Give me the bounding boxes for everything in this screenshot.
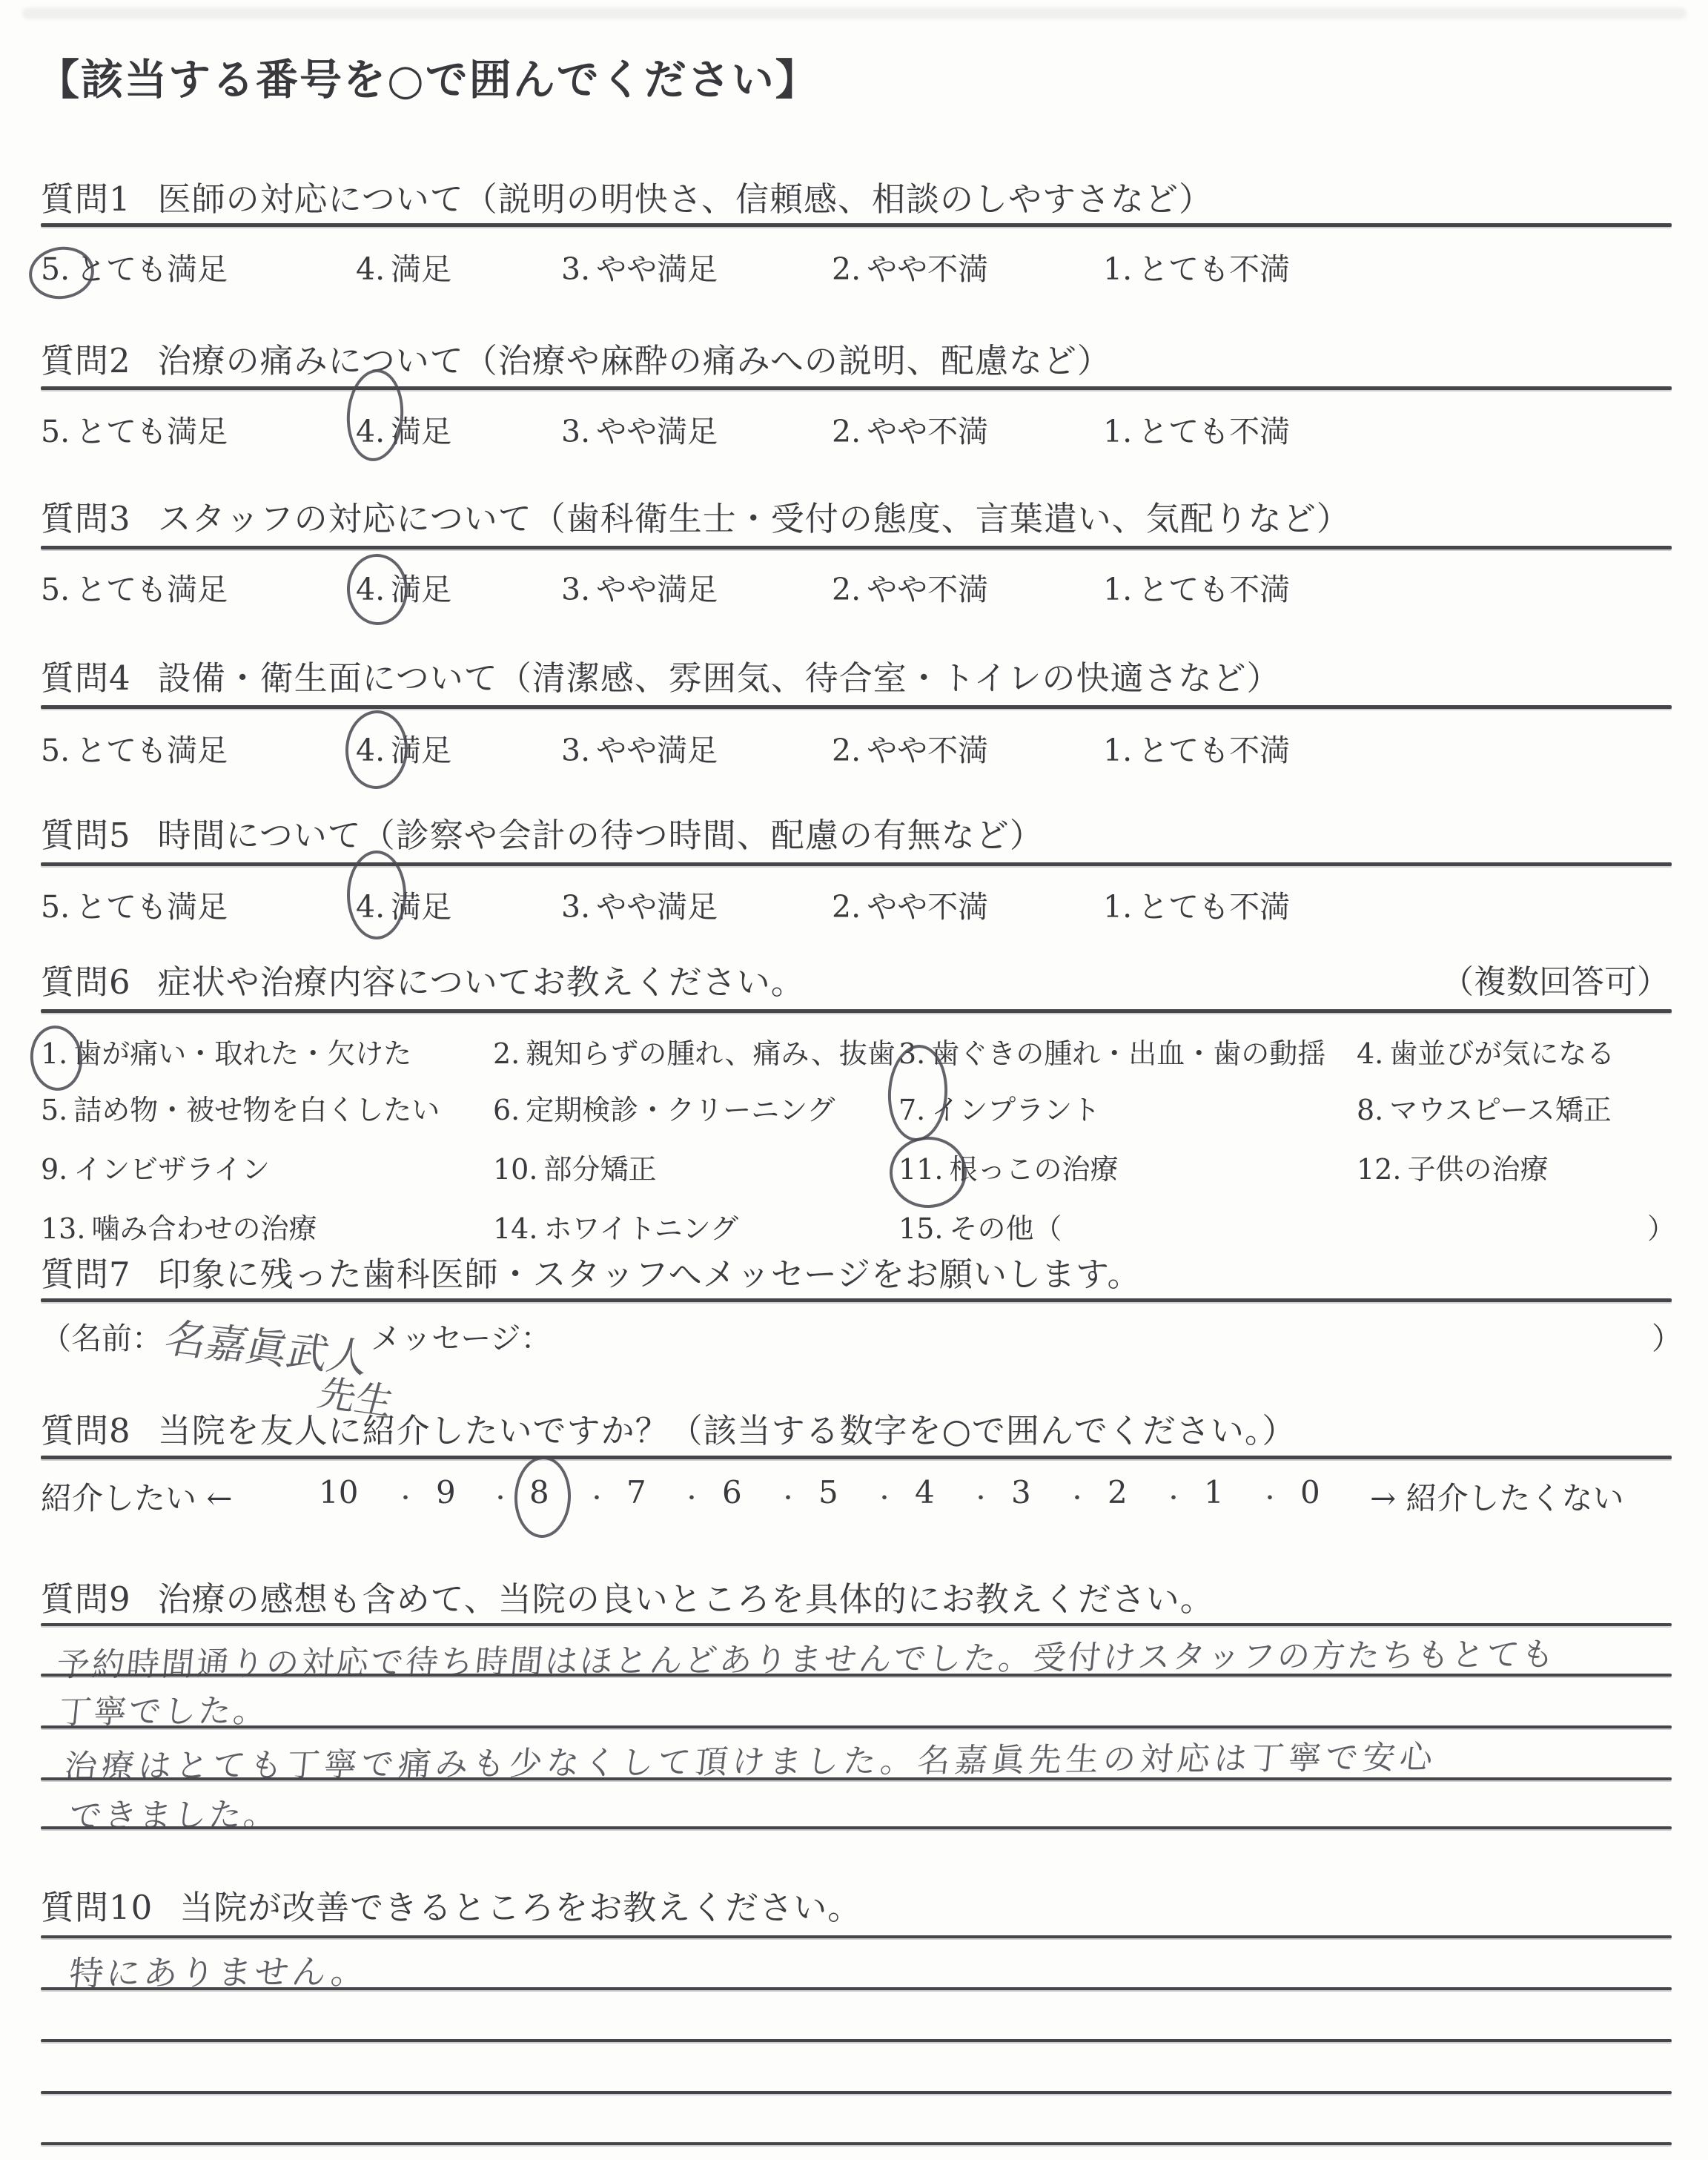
q5-option-5-number: 5.: [41, 889, 70, 925]
q4-option-1: 1.とても不満: [1103, 726, 1290, 770]
q6-item-4-number: 4.: [1357, 1037, 1383, 1070]
handdrawn-selection-circle: [347, 851, 406, 939]
q6-item-8: 8.マウスピース矯正: [1357, 1087, 1612, 1128]
question-8-topic: 当院を友人に紹介したいですか？（該当する数字を○で囲んでください。）: [158, 1411, 1297, 1450]
q3-option-2-label: やや不満: [867, 572, 988, 607]
q6-item-1: 1.歯が痛い・取れた・欠けた: [41, 1031, 411, 1071]
q2-option-5: 5.とても満足: [41, 407, 228, 451]
q4-option-2: 2.やや不満: [832, 726, 988, 770]
q5-option-1-number: 1.: [1103, 889, 1132, 925]
question-7-label: 質問7: [41, 1255, 131, 1294]
q1-option-3-number: 3.: [561, 251, 590, 287]
question-3-header: 質問3スタッフの対応について（歯科衛生士・受付の態度、言葉遣い、気配りなど）: [41, 492, 1351, 540]
q6-item-13-number: 13.: [41, 1212, 85, 1245]
q8-scale-5: 5: [818, 1474, 838, 1510]
q2-option-3-label: やや満足: [596, 414, 718, 449]
q6-item-1-label: 歯が痛い・取れた・欠けた: [73, 1037, 411, 1070]
q4-option-3-number: 3.: [561, 733, 590, 768]
question-6-note: （複数回答可）: [1441, 955, 1669, 1003]
q4-option-4-number: 4.: [356, 733, 385, 768]
q1-option-2-number: 2.: [832, 251, 861, 287]
question-4-header: 質問4設備・衛生面について（清潔感、雰囲気、待合室・トイレの快適さなど）: [41, 651, 1281, 699]
question-5-label: 質問5: [41, 816, 131, 855]
q5-option-4: 4.満足: [356, 882, 451, 926]
q6-item-15-number: 15.: [898, 1212, 943, 1245]
q2-option-3: 3.やや満足: [561, 407, 718, 451]
q6-item-13: 13.噛み合わせの治療: [41, 1206, 317, 1246]
q3-option-4: 4.満足: [356, 565, 451, 609]
q6-item-14-number: 14.: [493, 1212, 537, 1245]
q2-option-1-label: とても不満: [1138, 414, 1290, 449]
divider-rule: [41, 546, 1672, 549]
q2-option-2: 2.やや不満: [832, 407, 988, 451]
question-5-header: 質問5時間について（診察や会計の待つ時間、配慮の有無など）: [41, 808, 1044, 856]
q6-item-12: 12.子供の治療: [1357, 1146, 1548, 1187]
question-10-label: 質問10: [41, 1888, 153, 1927]
q9-handwritten-line-3: 治療はとても丁寧で痛みも少なくして頂けました。名嘉眞先生の対応は丁寧で安心: [65, 1735, 1437, 1783]
answer-line-rule: [41, 1777, 1672, 1780]
question-1-topic: 医師の対応について（説明の明快さ、信頼感、相談のしやすさなど）: [158, 179, 1213, 219]
q4-option-5-label: とても満足: [76, 733, 228, 768]
q6-item-6-number: 6.: [493, 1094, 520, 1126]
q4-option-3-label: やや満足: [596, 733, 718, 768]
q7-message-label: メッセージ：: [371, 1314, 552, 1358]
answer-line-rule: [41, 1987, 1672, 1990]
q3-option-2-number: 2.: [832, 572, 861, 607]
q6-item-7-label: インプラント: [931, 1094, 1100, 1126]
question-10-header: 質問10当院が改善できるところをお教えください。: [41, 1880, 861, 1929]
answer-line-rule: [41, 1725, 1672, 1728]
q8-scale-3: 3: [1011, 1474, 1031, 1510]
q5-option-2: 2.やや不満: [832, 882, 988, 926]
divider-rule: [41, 705, 1672, 709]
q6-item-1-number: 1.: [41, 1037, 67, 1070]
q8-dot: ・: [586, 1480, 608, 1513]
q6-item-14: 14.ホワイトニング: [493, 1206, 738, 1246]
q3-option-5-number: 5.: [41, 572, 70, 607]
q3-option-5-label: とても満足: [76, 572, 228, 607]
q3-option-2: 2.やや不満: [832, 565, 988, 609]
q8-scale-7: 7: [626, 1474, 646, 1510]
q6-item-4: 4.歯並びが気になる: [1357, 1031, 1615, 1071]
q5-option-3: 3.やや満足: [561, 882, 718, 926]
q6-item-2-label: 親知らずの腫れ、痛み、抜歯: [526, 1037, 896, 1070]
q1-option-5-number: 5.: [41, 251, 70, 287]
q7-name-prefix: （名前：: [41, 1314, 162, 1358]
q1-option-3-label: やや満足: [596, 251, 718, 287]
q6-item-3-label: 歯ぐきの腫れ・出血・歯の動揺: [931, 1037, 1325, 1070]
q8-dot: ・: [970, 1480, 992, 1513]
q1-option-1: 1.とても不満: [1103, 245, 1290, 288]
question-9-header: 質問9治療の感想も含めて、当院の良いところを具体的にお教えください。: [41, 1572, 1214, 1620]
q8-scale-1: 1: [1204, 1474, 1224, 1510]
q1-option-1-label: とても不満: [1138, 251, 1290, 287]
q5-option-5-label: とても満足: [76, 889, 228, 925]
q8-scale-8: 8: [529, 1474, 555, 1510]
scanned-survey-page: 【該当する番号を○で囲んでください】 質問1医師の対応について（説明の明快さ、信…: [0, 0, 1708, 2160]
q6-item-11-number: 11.: [898, 1153, 943, 1186]
q6-item-6: 6.定期検診・クリーニング: [493, 1087, 835, 1128]
answer-line-rule: [41, 2039, 1672, 2042]
q3-option-4-number: 4.: [356, 572, 385, 607]
answer-line-rule: [41, 1674, 1672, 1677]
q4-option-5: 5.とても満足: [41, 726, 228, 770]
q6-item-10-label: 部分矯正: [543, 1153, 656, 1186]
q5-option-2-label: やや不満: [867, 889, 988, 925]
question-6-topic: 症状や治療内容についてお教えください。: [158, 962, 805, 1002]
divider-rule: [41, 386, 1672, 390]
q8-dot: ・: [1162, 1480, 1185, 1513]
q8-dot: ・: [1066, 1480, 1088, 1513]
question-7-header: 質問7印象に残った歯科医師・スタッフへメッセージをお願いします。: [41, 1247, 1141, 1295]
q1-option-2: 2.やや不満: [832, 245, 988, 288]
q6-item-5-label: 詰め物・被せ物を白くしたい: [73, 1094, 440, 1126]
q8-scale-6: 6: [722, 1474, 742, 1510]
question-2-label: 質問2: [41, 341, 131, 380]
divider-rule: [41, 1456, 1672, 1459]
q2-option-5-number: 5.: [41, 414, 70, 449]
q6-item-9-label: インビザライン: [73, 1153, 270, 1186]
q6-item-10-number: 10.: [493, 1153, 537, 1186]
divider-rule: [41, 862, 1672, 866]
question-2-topic: 治療の痛みについて（治療や麻酔の痛みへの説明、配慮など）: [158, 341, 1111, 380]
question-3-label: 質問3: [41, 499, 131, 538]
q8-scale-4: 4: [915, 1474, 935, 1510]
scan-artifact: [22, 7, 1687, 19]
question-4-topic: 設備・衛生面について（清潔感、雰囲気、待合室・トイレの快適さなど）: [158, 658, 1281, 698]
q3-option-3-number: 3.: [561, 572, 590, 607]
q3-option-1-label: とても不満: [1138, 572, 1290, 607]
q6-item-8-number: 8.: [1357, 1094, 1383, 1126]
question-9-label: 質問9: [41, 1579, 131, 1619]
q4-option-2-label: やや不満: [867, 733, 988, 768]
q6-item-8-label: マウスピース矯正: [1389, 1094, 1611, 1126]
q2-option-2-number: 2.: [832, 414, 861, 449]
question-1-label: 質問1: [41, 179, 131, 219]
q8-right-anchor-label: → 紹介したくない: [1370, 1474, 1624, 1519]
q6-item-5-number: 5.: [41, 1094, 67, 1126]
q3-option-1: 1.とても不満: [1103, 565, 1290, 609]
handdrawn-selection-circle: [27, 1023, 86, 1094]
page-title: 【該当する番号を○で囲んでください】: [37, 46, 819, 107]
handdrawn-selection-circle: [344, 710, 409, 790]
question-8-label: 質問8: [41, 1411, 131, 1450]
answer-line-rule: [41, 1935, 1672, 1938]
divider-rule: [41, 1009, 1672, 1013]
divider-rule: [41, 223, 1672, 227]
q8-scale-8-number: 8: [529, 1474, 549, 1510]
q7-close-paren: ）: [1652, 1314, 1682, 1358]
q6-item-15-label: その他（: [949, 1212, 1062, 1245]
q4-option-1-label: とても不満: [1138, 733, 1290, 768]
q8-left-anchor-label: 紹介したい ←: [41, 1474, 233, 1519]
handdrawn-selection-circle: [345, 552, 410, 627]
q5-option-3-label: やや満足: [596, 889, 718, 925]
q1-option-4: 4.満足: [356, 245, 451, 288]
question-3-topic: スタッフの対応について（歯科衛生士・受付の態度、言葉遣い、気配りなど）: [158, 499, 1351, 538]
q6-item-15-close-paren: ）: [1647, 1206, 1675, 1246]
q2-option-1-number: 1.: [1103, 414, 1132, 449]
answer-line-rule: [41, 2142, 1672, 2145]
q4-option-4: 4.満足: [356, 726, 451, 770]
q6-item-6-label: 定期検診・クリーニング: [526, 1094, 835, 1126]
question-8-header: 質問8当院を友人に紹介したいですか？（該当する数字を○で囲んでください。）: [41, 1404, 1296, 1452]
q6-item-3: 3.歯ぐきの腫れ・出血・歯の動揺: [898, 1031, 1325, 1071]
q6-item-7: 7.インプラント: [898, 1087, 1100, 1128]
question-7-topic: 印象に残った歯科医師・スタッフへメッセージをお願いします。: [158, 1255, 1142, 1294]
q2-option-4-number: 4.: [356, 414, 385, 449]
q3-option-3-label: やや満足: [596, 572, 718, 607]
q5-option-4-number: 4.: [356, 889, 385, 925]
q8-dot: ・: [394, 1480, 417, 1513]
q6-item-7-number: 7.: [898, 1094, 925, 1126]
answer-line-rule: [41, 1826, 1672, 1829]
divider-rule: [41, 1298, 1672, 1302]
q4-option-3: 3.やや満足: [561, 726, 718, 770]
q1-option-3: 3.やや満足: [561, 245, 718, 288]
q5-option-2-number: 2.: [832, 889, 861, 925]
q2-option-1: 1.とても不満: [1103, 407, 1290, 451]
q1-option-1-number: 1.: [1103, 251, 1132, 287]
question-6-header: 質問6症状や治療内容についてお教えください。: [41, 955, 805, 1003]
q3-option-1-number: 1.: [1103, 572, 1132, 607]
q6-item-4-label: 歯並びが気になる: [1389, 1037, 1615, 1070]
q8-dot: ・: [777, 1480, 799, 1513]
q8-dot: ・: [873, 1480, 896, 1513]
q3-option-3: 3.やや満足: [561, 565, 718, 609]
q2-option-2-label: やや不満: [867, 414, 988, 449]
question-4-label: 質問4: [41, 658, 131, 698]
question-6-label: 質問6: [41, 962, 131, 1002]
q6-item-2-number: 2.: [493, 1037, 520, 1070]
q3-option-5: 5.とても満足: [41, 565, 228, 609]
q6-item-10: 10.部分矯正: [493, 1146, 656, 1187]
question-5-topic: 時間について（診察や会計の待つ時間、配慮の有無など）: [158, 816, 1044, 855]
answer-line-rule: [41, 2091, 1672, 2094]
question-2-header: 質問2治療の痛みについて（治療や麻酔の痛みへの説明、配慮など）: [41, 334, 1111, 382]
q5-option-1: 1.とても不満: [1103, 882, 1290, 926]
q8-scale-0: 0: [1300, 1474, 1320, 1510]
q8-scale-9: 9: [436, 1474, 456, 1510]
q1-option-4-label: 満足: [391, 251, 451, 287]
q6-item-5: 5.詰め物・被せ物を白くしたい: [41, 1087, 440, 1128]
q6-item-11-label: 根っこの治療: [949, 1153, 1118, 1186]
q8-dot: ・: [681, 1480, 703, 1513]
q6-item-12-label: 子供の治療: [1407, 1153, 1548, 1186]
q5-option-1-label: とても不満: [1138, 889, 1290, 925]
q5-option-5: 5.とても満足: [41, 882, 228, 926]
question-9-topic: 治療の感想も含めて、当院の良いところを具体的にお教えください。: [158, 1579, 1214, 1619]
q5-option-3-number: 3.: [561, 889, 590, 925]
answer-line-rule: [41, 1623, 1672, 1626]
q8-scale-2: 2: [1108, 1474, 1128, 1510]
q8-scale-10: 10: [319, 1474, 358, 1510]
question-10-topic: 当院が改善できるところをお教えください。: [179, 1888, 861, 1927]
q4-option-1-number: 1.: [1103, 733, 1132, 768]
q6-item-11: 11.根っこの治療: [898, 1146, 1118, 1187]
q2-option-4: 4.満足: [356, 407, 451, 451]
q1-option-5-label: とても満足: [76, 251, 228, 287]
q4-option-2-number: 2.: [832, 733, 861, 768]
question-1-header: 質問1医師の対応について（説明の明快さ、信頼感、相談のしやすさなど）: [41, 172, 1213, 220]
q1-option-2-label: やや不満: [867, 251, 988, 287]
q8-dot: ・: [489, 1480, 512, 1513]
q6-item-2: 2.親知らずの腫れ、痛み、抜歯: [493, 1031, 896, 1071]
q1-option-5: 5.とても満足: [41, 245, 228, 288]
q4-option-5-number: 5.: [41, 733, 70, 768]
q6-item-13-label: 噛み合わせの治療: [91, 1212, 317, 1245]
handdrawn-selection-circle: [513, 1456, 572, 1539]
q6-item-12-number: 12.: [1357, 1153, 1401, 1186]
q1-option-4-number: 4.: [356, 251, 385, 287]
q6-item-15: 15.その他（: [898, 1206, 1062, 1246]
q6-item-9: 9.インビザライン: [41, 1146, 270, 1187]
q2-option-5-label: とても満足: [76, 414, 228, 449]
handdrawn-selection-circle: [888, 1135, 967, 1209]
q8-dot: ・: [1259, 1480, 1281, 1513]
q2-option-3-number: 3.: [561, 414, 590, 449]
q6-item-14-label: ホワイトニング: [543, 1212, 738, 1245]
q6-item-9-number: 9.: [41, 1153, 67, 1186]
